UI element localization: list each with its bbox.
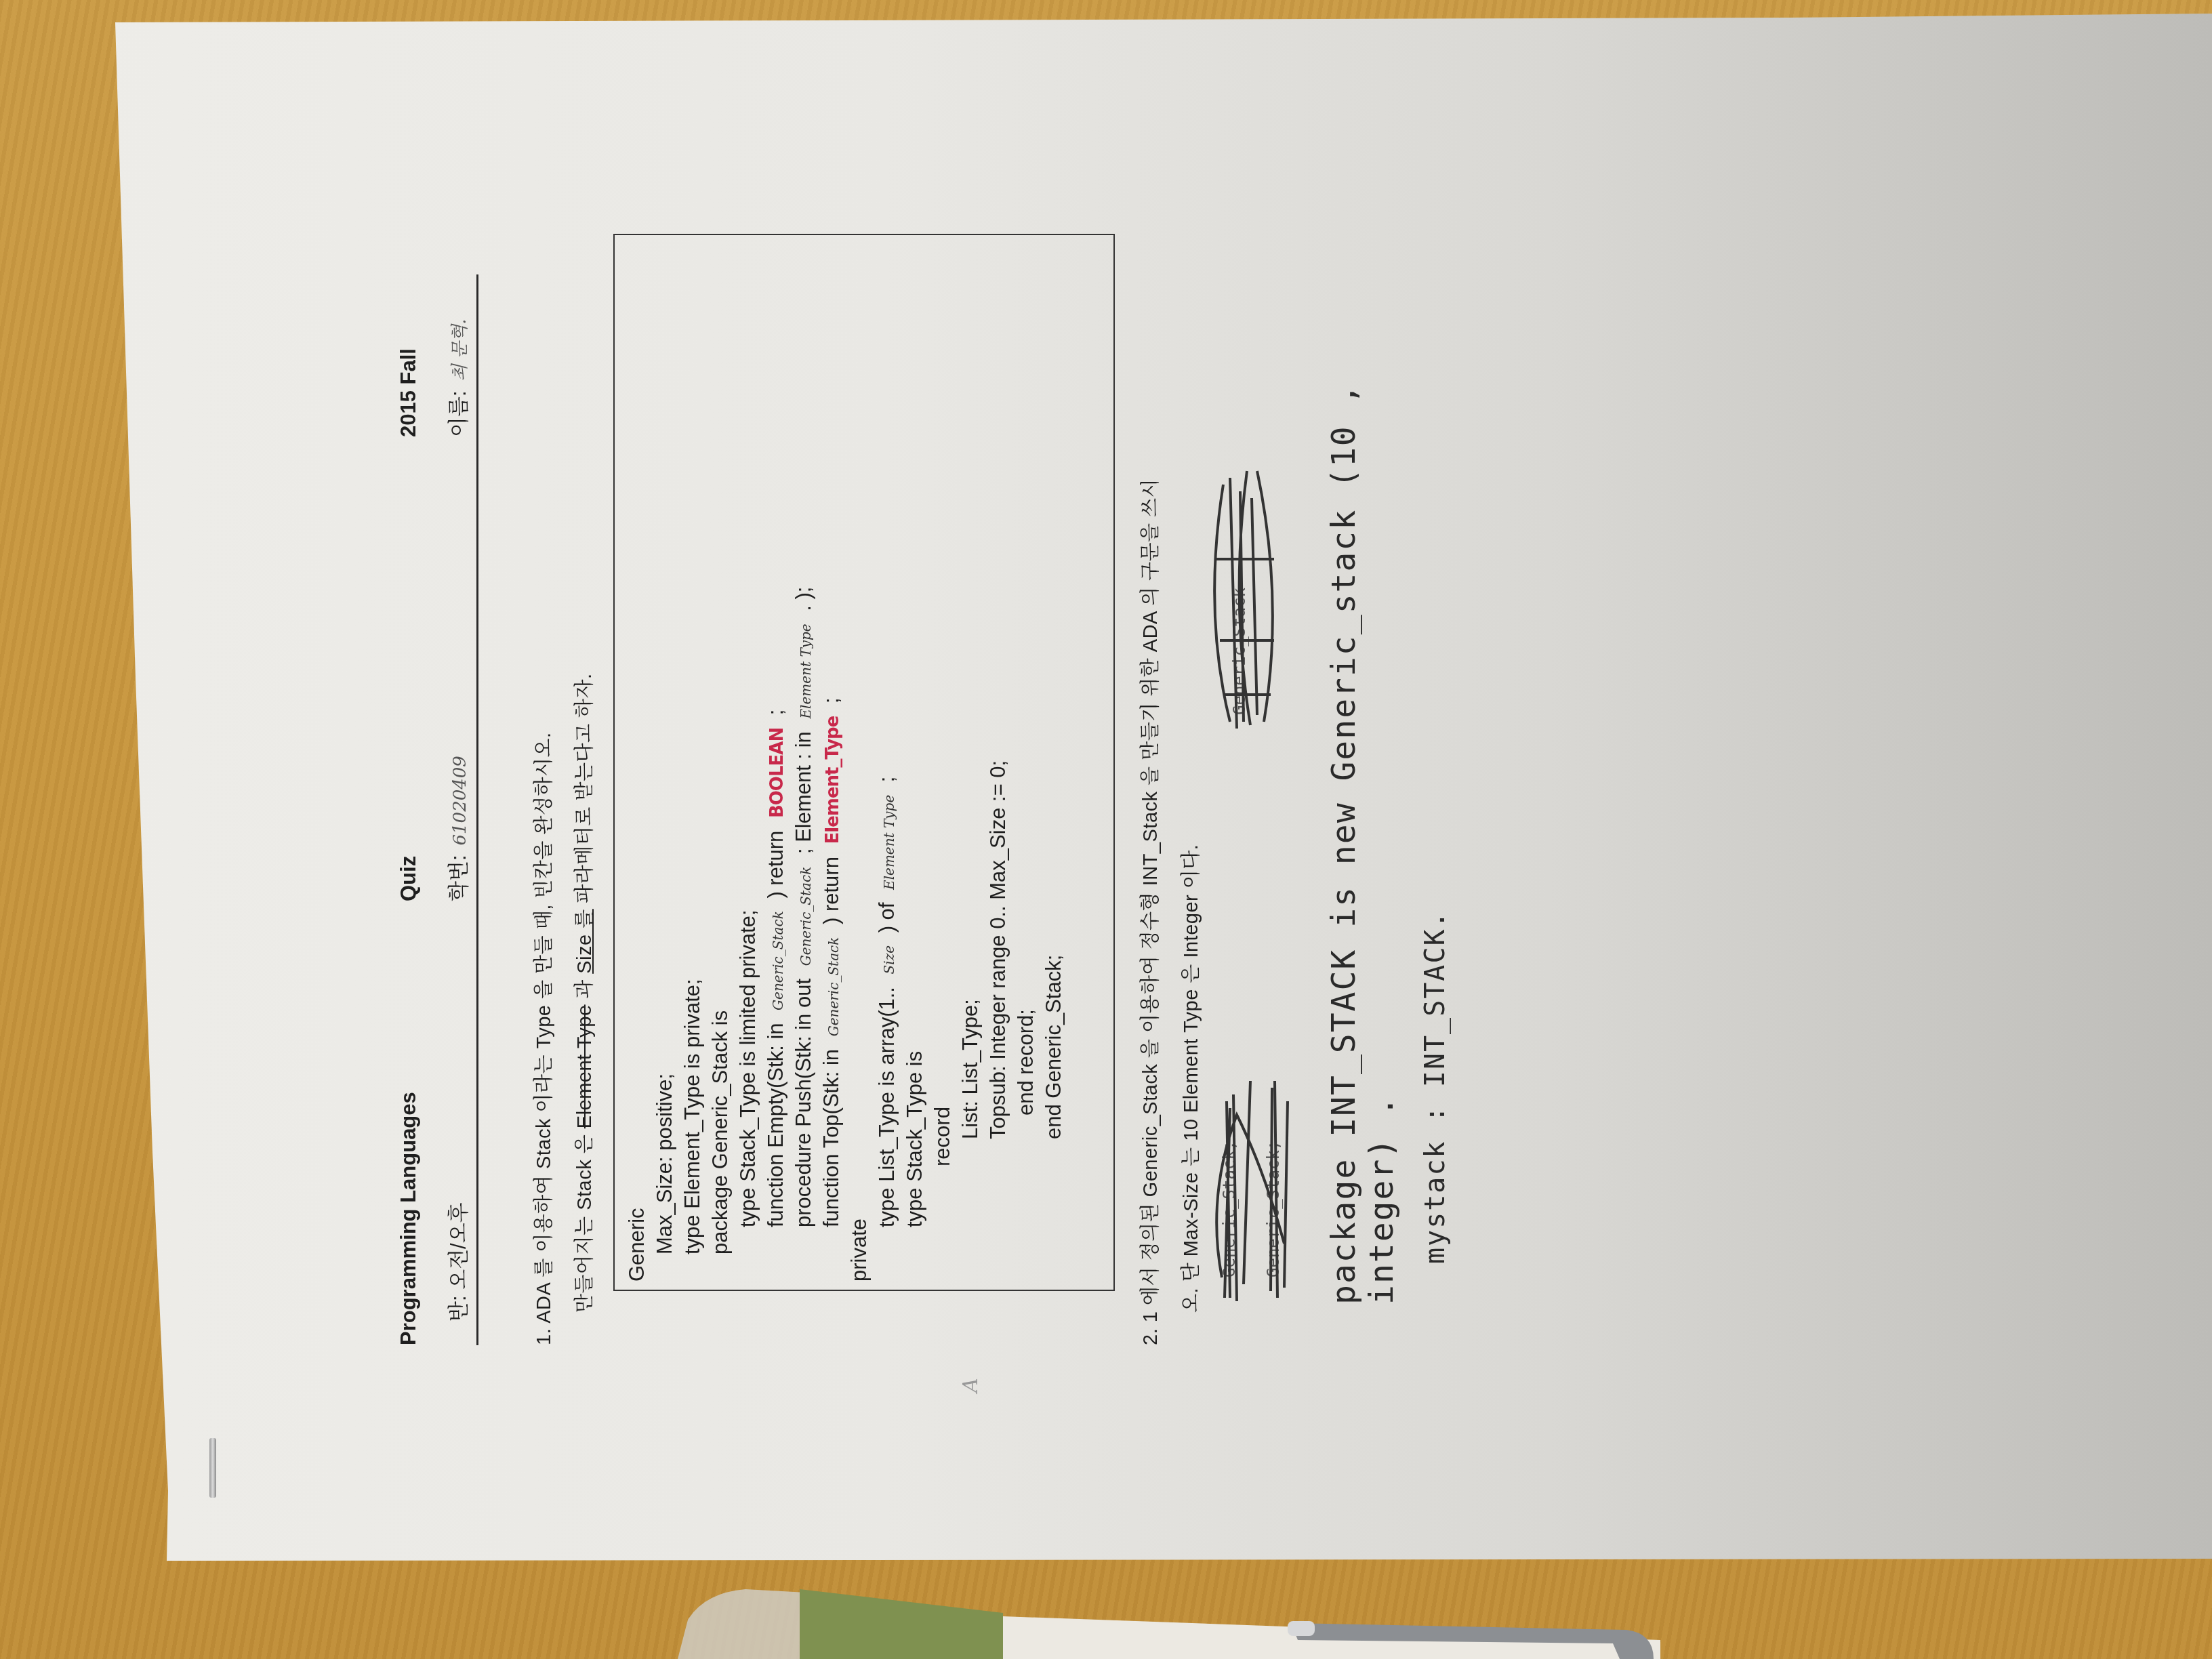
- code-text: type List_Type is array(1..: [875, 981, 899, 1227]
- code-text: function Empty(Stk: in: [764, 1017, 787, 1227]
- name-value: 최 문혁.: [450, 319, 470, 382]
- code-line: end record;: [1012, 243, 1040, 1282]
- code-box: Generic Max_Size: positive; type Element…: [613, 234, 1115, 1291]
- student-id-field: 학번:61020409: [441, 756, 472, 901]
- scribble-mark: [1210, 451, 1284, 735]
- code-line: function Empty(Stk: in Generic_Stack ) r…: [762, 243, 790, 1282]
- code-line: function Top(Stk: in Generic_Stack ) ret…: [817, 243, 845, 1282]
- answer-blank[interactable]: Generic_Stack: [820, 930, 848, 1044]
- code-text: . );: [792, 587, 815, 617]
- code-line: Topsub: Integer range 0.. Max_Size := 0;: [984, 243, 1012, 1282]
- code-line: List: List_Type;: [956, 243, 984, 1282]
- prompt-text: 파라메터로 받는다고 하자.: [574, 673, 596, 909]
- answer-blank[interactable]: Generic_Stack: [792, 860, 820, 973]
- code-text: ;: [875, 777, 899, 788]
- answer-line-1: package INT_STACK is new Generic_stack (…: [1325, 288, 1401, 1305]
- code-text: function Top(Stk: in: [819, 1043, 843, 1227]
- course-title: Programming Languages: [396, 1092, 421, 1345]
- staple: [209, 1438, 216, 1498]
- prompt-text: 만들어지는 Stack 은: [574, 1128, 596, 1313]
- code-line: type Stack_Type is limited private;: [734, 243, 762, 1282]
- semester-label: 2015 Fall: [396, 348, 421, 437]
- code-line: Generic: [623, 243, 651, 1282]
- answer-blank[interactable]: Element Type: [876, 788, 903, 897]
- answer-line-2: mystack : INT_STACK.: [1420, 910, 1451, 1264]
- code-text: ;: [819, 697, 843, 709]
- answer-blank[interactable]: BOOLEAN: [764, 721, 792, 825]
- code-line: procedure Push(Stk: in out Generic_Stack…: [790, 243, 817, 1282]
- answer-blank[interactable]: Element Type: [792, 617, 820, 725]
- prompt-text: 과: [574, 974, 596, 1005]
- question-1-prompt-2: 만들어지는 Stack 은 Element Type 과 Size 를 파라메터…: [569, 673, 597, 1313]
- answer-blank[interactable]: Element_Type: [819, 710, 847, 851]
- code-line: type Element_Type is private;: [678, 243, 706, 1282]
- answer-blank[interactable]: Size: [876, 939, 903, 981]
- code-text: ) return: [819, 851, 843, 930]
- code-line: type Stack_Type is: [901, 243, 928, 1282]
- code-text: ) return: [764, 825, 787, 904]
- code-line: type List_Type is array(1.. Size ) of El…: [873, 243, 901, 1282]
- class-field: 반: 오전/오후: [441, 1202, 472, 1322]
- class-label: 반:: [447, 1295, 470, 1322]
- struck-text: Element Type: [574, 1004, 596, 1128]
- code-text: procedure Push(Stk: in out: [792, 972, 815, 1227]
- student-id-label: 학번:: [447, 855, 470, 901]
- code-text: ; Element : in: [792, 726, 815, 860]
- name-field: 이름:최 문혁.: [441, 319, 472, 437]
- header-divider: [476, 274, 478, 1345]
- code-line: Max_Size: positive;: [651, 243, 678, 1282]
- quiz-label: Quiz: [396, 856, 421, 901]
- question-2-prompt: 2. 1 에서 정의된 Generic_Stack 을 이용하여 정수형 INT…: [1135, 478, 1163, 1345]
- code-line: private: [845, 243, 873, 1282]
- class-value: 오전/오후: [447, 1202, 470, 1289]
- code-text: ) of: [875, 897, 899, 939]
- margin-mark: A: [959, 1378, 983, 1393]
- question-2-prompt-2: 오. 단 Max-Size 는 10 Element Type 은 Intege…: [1176, 844, 1204, 1313]
- question-1-prompt: 1. ADA 를 이용하여 Stack 이라는 Type 을 만들 때, 빈칸을…: [529, 732, 556, 1345]
- quiz-document: Programming Languages Quiz 2015 Fall 반: …: [390, 288, 1738, 1345]
- underlined-text: Size 를: [574, 909, 596, 974]
- name-label: 이름:: [447, 390, 470, 437]
- student-id-value: 61020409: [450, 756, 470, 845]
- scribble-mark: [1210, 1033, 1298, 1305]
- code-line: record: [928, 243, 956, 1282]
- code-text: ;: [764, 710, 787, 721]
- code-line: package Generic_Stack is: [706, 243, 734, 1282]
- answer-blank[interactable]: Generic_Stack: [764, 904, 792, 1017]
- code-line: end Generic_Stack;: [1040, 243, 1067, 1282]
